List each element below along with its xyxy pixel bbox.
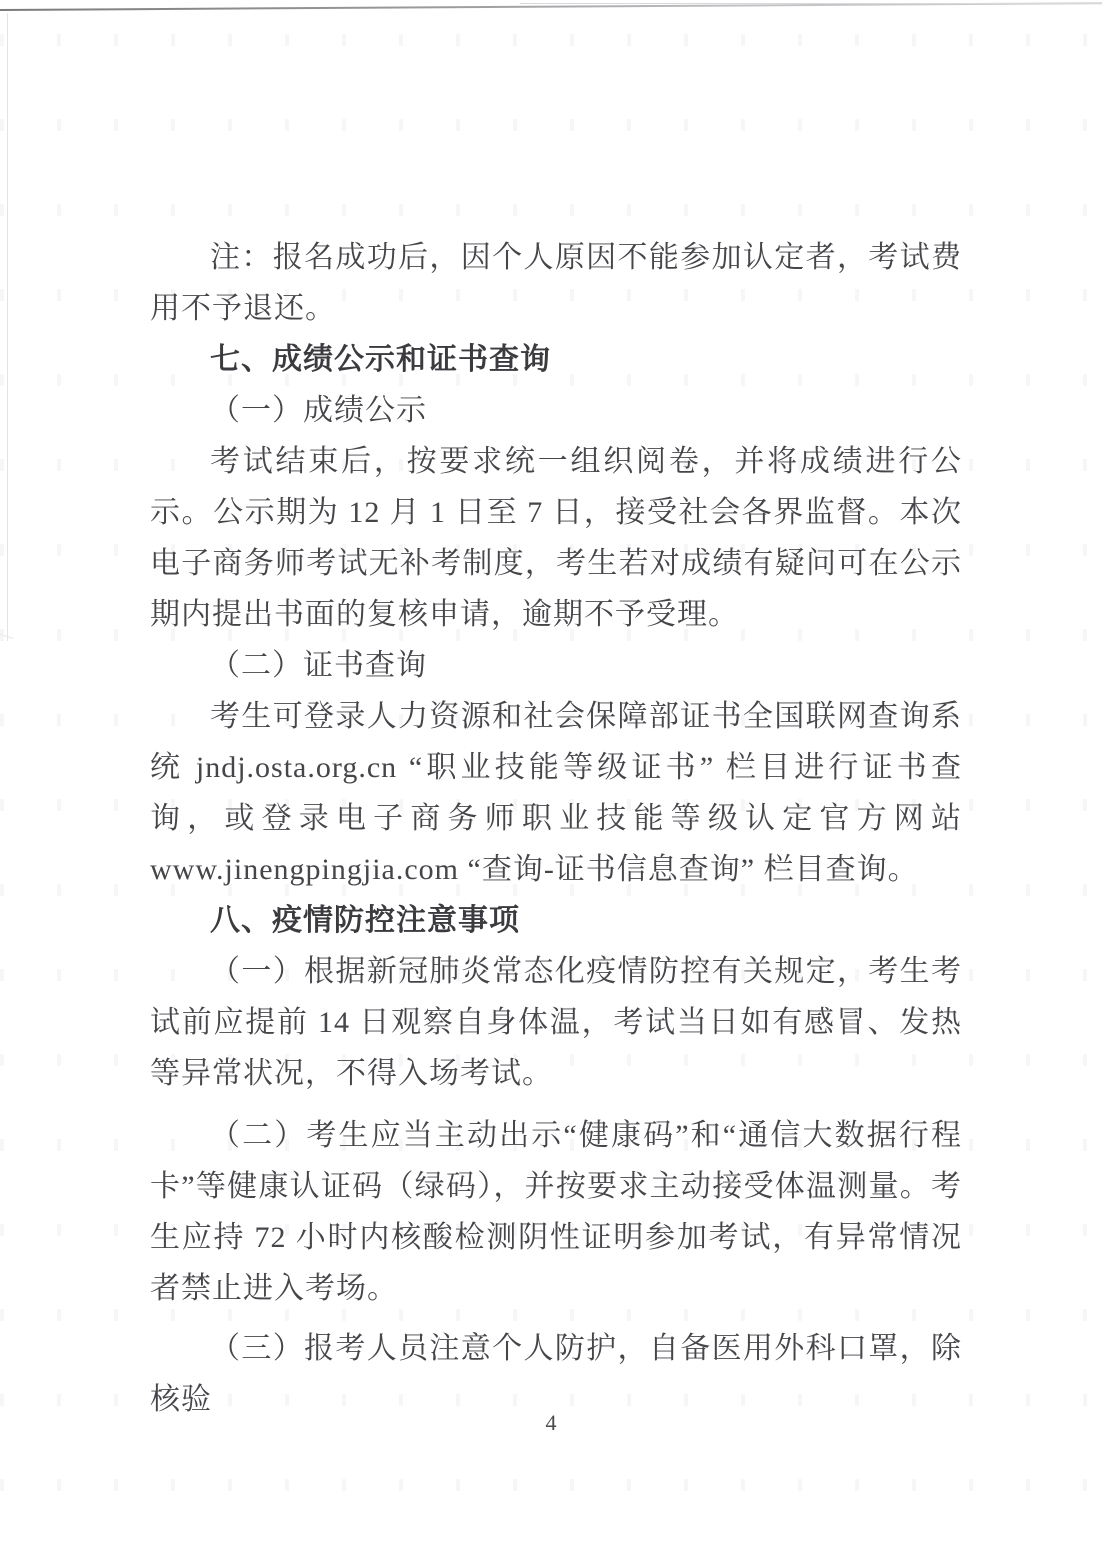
section-7-item-1-body: 考试结束后，按要求统一组织阅卷，并将成绩进行公示。公示期为 12 月 1 日至 …	[150, 436, 962, 640]
scan-artifact-left-edge	[7, 13, 8, 641]
document-body: 注：报名成功后，因个人原因不能参加认定者，考试费用不予退还。 七、成绩公示和证书…	[150, 232, 962, 1425]
section-7-heading: 七、成绩公示和证书查询	[150, 334, 962, 385]
section-8-paragraph-2: （二）考生应当主动出示“健康码”和“通信大数据行程卡”等健康认证码（绿码），并按…	[150, 1110, 962, 1314]
section-8-heading: 八、疫情防控注意事项	[150, 895, 962, 946]
page-number: 4	[0, 1410, 1102, 1436]
section-8-paragraph-1: （一）根据新冠肺炎常态化疫情防控有关规定，考生考试前应提前 14 日观察自身体温…	[150, 946, 962, 1099]
section-7-item-1-subtitle: （一）成绩公示	[150, 385, 962, 436]
note-paragraph: 注：报名成功后，因个人原因不能参加认定者，考试费用不予退还。	[150, 232, 962, 334]
document-page: 注：报名成功后，因个人原因不能参加认定者，考试费用不予退还。 七、成绩公示和证书…	[0, 0, 1102, 1559]
scan-artifact-top-edge-faint	[520, 3, 1102, 4]
section-7-item-2-body: 考生可登录人力资源和社会保障部证书全国联网查询系统 jndj.osta.org.…	[150, 691, 962, 895]
section-7-item-2-subtitle: （二）证书查询	[150, 640, 962, 691]
